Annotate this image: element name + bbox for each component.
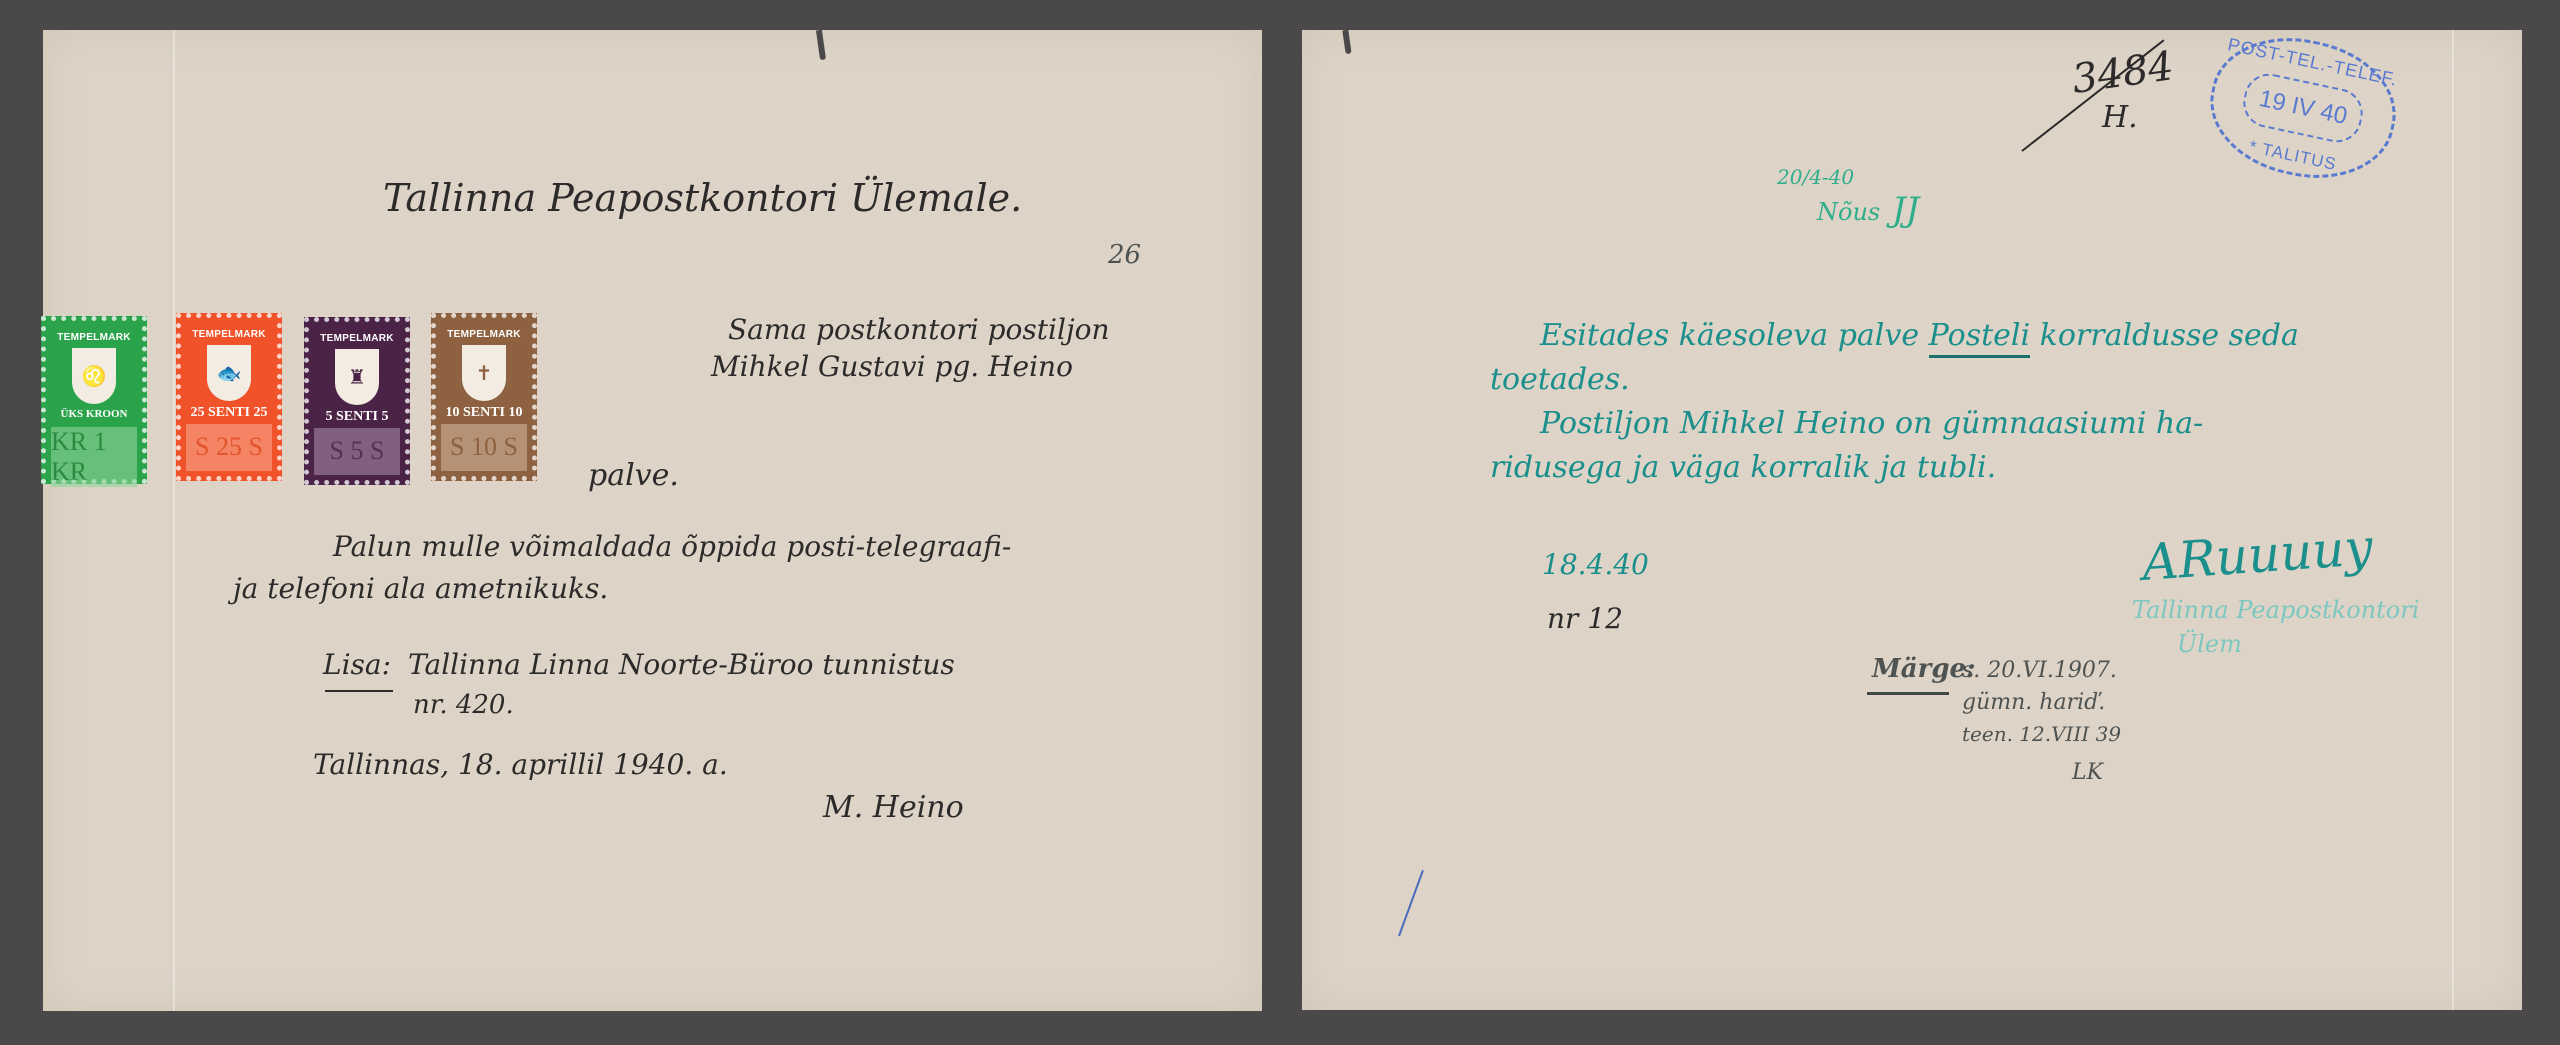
addressee-heading: Tallinna Peapostkontori Ülemale. <box>383 176 1022 220</box>
place-date: Tallinnas, 18. aprillil 1940. a. <box>313 748 728 781</box>
stamp-1-kroon: TEMPELMARK ♌ ÜKS KROON KR 1 KR <box>41 316 147 484</box>
fold-line <box>2452 30 2454 1010</box>
stamp-10-senti: TEMPELMARK ✝ 10 SENTI 10 S 10 S <box>431 313 537 481</box>
number-note: nr 12 <box>1547 602 1623 635</box>
star-icon: * <box>2248 137 2259 157</box>
endorsement-line-2: toetades. <box>1490 362 1630 397</box>
endorsement-line-3: Postiljon Mihkel Heino on gümnaasiumi ha… <box>1540 406 2203 441</box>
sender-line-2: Mihkel Gustavi pg. Heino <box>711 350 1073 383</box>
note-line-1: s. 20.VI.1907. <box>1962 658 2117 683</box>
attachment-label: Lisa: <box>323 648 391 681</box>
paper-tear <box>816 30 826 61</box>
note-label-underline <box>1867 692 1949 695</box>
body-line-2: ja telefoni ala ametnikuks. <box>233 572 608 605</box>
tower-shield-icon: ♜ <box>335 349 379 405</box>
right-document-page: 3484 H. 20/4-40 Nõus JJ Esitades käesole… <box>1302 30 2522 1010</box>
endorsement-date: 18.4.40 <box>1542 548 1649 581</box>
attachment-underline <box>325 690 393 692</box>
note-line-3: teen. 12.VIII 39 <box>1962 722 2121 746</box>
three-lions-shield-icon: ♌ <box>72 348 116 404</box>
registration-initial: H. <box>2102 100 2138 135</box>
fold-line <box>173 30 175 1011</box>
margin-note-text: Nõus <box>1817 198 1880 226</box>
office-stamp-line-1: Tallinna Peapostkontori <box>2132 596 2419 624</box>
fish-shield-icon: 🐟 <box>207 345 251 401</box>
annotation-number: 26 <box>1108 240 1141 270</box>
body-line-1: Palun mulle võimaldada õppida posti-tele… <box>333 530 1011 563</box>
margin-note-initials: JJ <box>1892 190 1919 230</box>
sender-line-1: Sama postkontori postiljon <box>728 313 1110 346</box>
office-stamp-line-2: Ülem <box>2177 630 2242 658</box>
underlined-word: Posteli <box>1929 318 2030 358</box>
note-initials: LK <box>2072 760 2103 785</box>
endorsement-line-4: ridusega ja väga korralik ja tubli. <box>1490 450 1996 485</box>
paper-tear <box>1342 30 1351 55</box>
request-word: palve. <box>588 458 679 493</box>
applicant-signature: M. Heino <box>823 790 964 825</box>
blue-pencil-mark <box>1398 870 1424 936</box>
endorsement-line-1: Esitades käesoleva palve Posteli korrald… <box>1540 318 2299 353</box>
stamp-5-senti: TEMPELMARK ♜ 5 SENTI 5 S 5 S <box>304 317 410 485</box>
attachment-text: Tallinna Linna Noorte-Büroo tunnistus <box>408 648 955 681</box>
margin-note-date: 20/4-40 <box>1777 165 1854 189</box>
left-document-page: Tallinna Peapostkontori Ülemale. 26 Sama… <box>43 30 1262 1011</box>
note-label: Märge: <box>1872 654 1976 684</box>
attachment-number: nr. 420. <box>413 690 514 720</box>
chief-signature: ARuuuuy <box>2140 518 2374 592</box>
note-line-2: gümn. hariď. <box>1962 690 2105 715</box>
stamp-25-senti: TEMPELMARK 🐟 25 SENTI 25 S 25 S <box>176 313 282 481</box>
cross-shield-icon: ✝ <box>462 345 506 401</box>
